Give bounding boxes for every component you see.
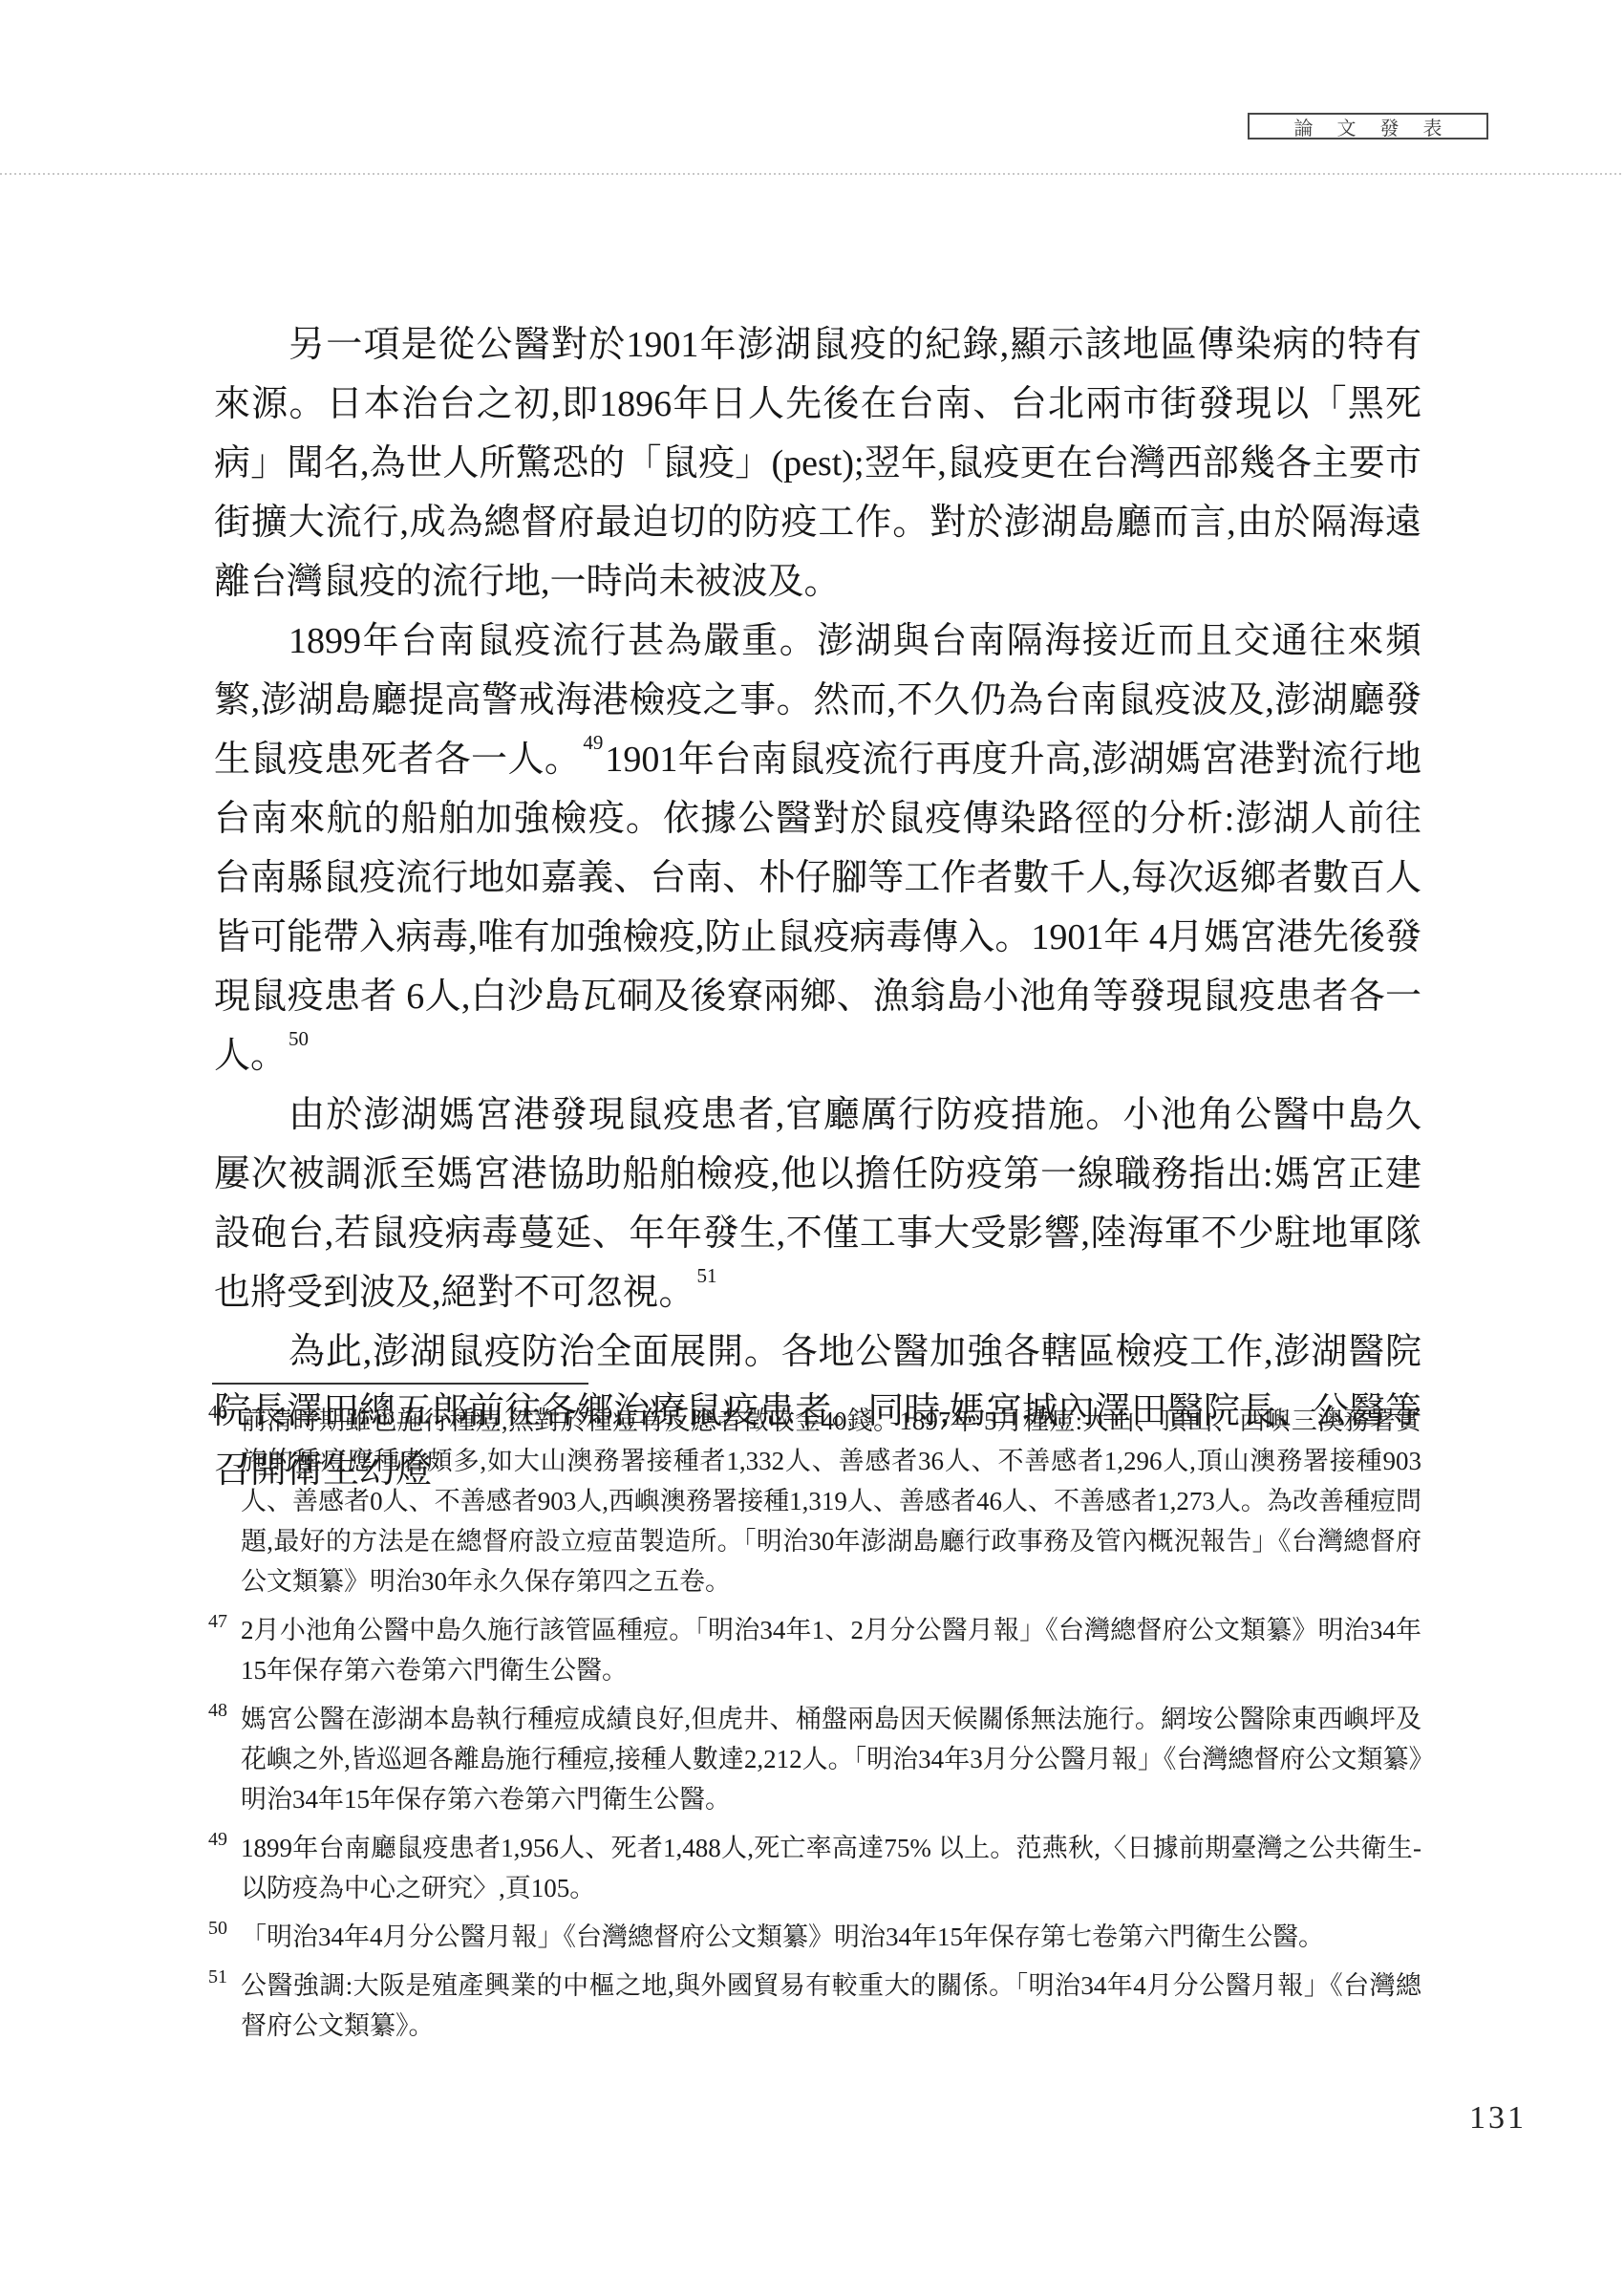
- header-dotted-rule: [0, 173, 1624, 175]
- footnote-item: 50「明治34年4月分公醫月報」《台灣總督府公文類纂》明治34年15年保存第七卷…: [208, 1917, 1421, 1957]
- footnote-text: 「明治34年4月分公醫月報」《台灣總督府公文類纂》明治34年15年保存第七卷第六…: [241, 1917, 1421, 1957]
- running-header-box: 論 文 發 表: [1248, 113, 1488, 140]
- footnotes-list: 46前清時期雖也施行種痘,然對於種痘有反應者徵收金40錢。1897年 5月種痘:…: [208, 1401, 1421, 2054]
- body-text-segment: 由於澎湖媽宮港發現鼠疫患者,官廳厲行防疫措施。小池角公醫中島久屢次被調派至媽宮港…: [214, 1095, 1421, 1313]
- footnote-number: 46: [208, 1392, 227, 1432]
- footnote-number: 51: [208, 1957, 227, 1997]
- footnote-item: 472月小池角公醫中島久施行該管區種痘。「明治34年1、2月分公醫月報」《台灣總…: [208, 1610, 1421, 1690]
- running-header-label: 論 文 發 表: [1285, 113, 1452, 140]
- footnote-item: 48媽宮公醫在澎湖本島執行種痘成績良好,但虎井、桶盤兩島因天候關係無法施行。網垵…: [208, 1699, 1421, 1819]
- body-text-segment: 另一項是從公醫對於1901年澎湖鼠疫的紀錄,顯示該地區傳染病的特有來源。日本治台…: [214, 325, 1421, 602]
- page-number: 131: [1469, 2100, 1527, 2137]
- paragraph: 由於澎湖媽宮港發現鼠疫患者,官廳厲行防疫措施。小池角公醫中島久屢次被調派至媽宮港…: [214, 1085, 1421, 1322]
- footnote-text: 2月小池角公醫中島久施行該管區種痘。「明治34年1、2月分公醫月報」《台灣總督府…: [241, 1610, 1421, 1690]
- footnote-ref: 49: [583, 731, 603, 754]
- footnote-ref: 51: [697, 1264, 717, 1287]
- body-text-segment: 1901年台南鼠疫流行再度升高,澎湖媽宮港對流行地台南來航的船舶加強檢疫。依據公…: [214, 740, 1421, 1076]
- footnote-text: 公醫強調:大阪是殖產興業的中樞之地,與外國貿易有較重大的關係。「明治34年4月分…: [241, 1966, 1421, 2046]
- footnote-text: 1899年台南廳鼠疫患者1,956人、死者1,488人,死亡率高達75% 以上。…: [241, 1828, 1421, 1908]
- document-page: 論 文 發 表 另一項是從公醫對於1901年澎湖鼠疫的紀錄,顯示該地區傳染病的特…: [0, 0, 1624, 2277]
- body-text: 另一項是從公醫對於1901年澎湖鼠疫的紀錄,顯示該地區傳染病的特有來源。日本治台…: [214, 315, 1421, 1500]
- footnote-item: 491899年台南廳鼠疫患者1,956人、死者1,488人,死亡率高達75% 以…: [208, 1828, 1421, 1908]
- footnote-ref: 50: [288, 1027, 309, 1050]
- footnote-item: 46前清時期雖也施行種痘,然對於種痘有反應者徵收金40錢。1897年 5月種痘:…: [208, 1401, 1421, 1601]
- footnote-number: 49: [208, 1819, 227, 1859]
- footnote-text: 媽宮公醫在澎湖本島執行種痘成績良好,但虎井、桶盤兩島因天候關係無法施行。網垵公醫…: [241, 1699, 1421, 1819]
- footnote-number: 50: [208, 1908, 227, 1948]
- paragraph: 1899年台南鼠疫流行甚為嚴重。澎湖與台南隔海接近而且交通往來頻繁,澎湖島廳提高…: [214, 612, 1421, 1085]
- footnote-number: 48: [208, 1690, 227, 1730]
- paragraph: 另一項是從公醫對於1901年澎湖鼠疫的紀錄,顯示該地區傳染病的特有來源。日本治台…: [214, 315, 1421, 612]
- footnote-text: 前清時期雖也施行種痘,然對於種痘有反應者徵收金40錢。1897年 5月種痘:大山…: [241, 1401, 1421, 1601]
- footnote-item: 51公醫強調:大阪是殖產興業的中樞之地,與外國貿易有較重大的關係。「明治34年4…: [208, 1966, 1421, 2046]
- footnote-separator-rule: [212, 1383, 588, 1385]
- footnote-number: 47: [208, 1601, 227, 1642]
